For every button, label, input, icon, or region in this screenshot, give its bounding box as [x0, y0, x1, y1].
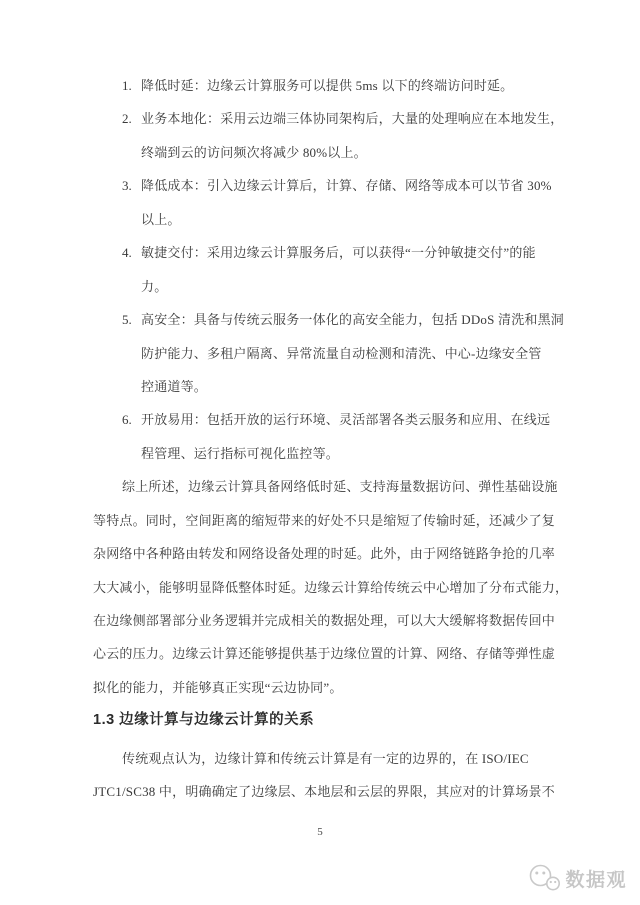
list-item-line: 业务本地化：采用云边端三体协同架构后，大量的处理响应在本地发生， — [141, 102, 547, 135]
watermark: 数据观 — [528, 863, 627, 893]
watermark-label: 数据观 — [565, 865, 627, 892]
text-line: 杂网络中各种路由转发和网络设备处理的时延。此外，由于网络链路争抢的几率 — [93, 537, 547, 570]
text-line: 拟化的能力，并能够真正实现“云边协同”。 — [93, 671, 547, 704]
list-item: 2.业务本地化：采用云边端三体协同架构后，大量的处理响应在本地发生，终端到云的访… — [93, 102, 547, 169]
section-heading: 1.3 边缘计算与边缘云计算的关系 — [93, 704, 547, 737]
list-item-line: 防护能力、多租户隔离、异常流量自动检测和清洗、中心-边缘安全管 — [141, 337, 547, 370]
list-item-line: 力。 — [141, 270, 547, 303]
document-page: 1.降低时延：边缘云计算服务可以提供 5ms 以下的终端访问时延。2.业务本地化… — [0, 0, 640, 905]
list-item-line: 降低成本：引入边缘云计算后，计算、存储、网络等成本可以节省 30% — [141, 169, 547, 202]
list-item-number: 2. — [122, 102, 132, 135]
list-item: 5.高安全：具备与传统云服务一体化的高安全能力，包括 DDoS 清洗和黑洞防护能… — [93, 303, 547, 403]
text-line: 综上所述，边缘云计算具备网络低时延、支持海量数据访问、弹性基础设施 — [93, 470, 547, 503]
text-line: 等特点。同时，空间距离的缩短带来的好处不只是缩短了传输时延，还减少了复 — [93, 504, 547, 537]
summary-paragraph: 综上所述，边缘云计算具备网络低时延、支持海量数据访问、弹性基础设施等特点。同时，… — [93, 470, 547, 704]
text-line: 心云的压力。边缘云计算还能够提供基于边缘位置的计算、网络、存储等弹性虚 — [93, 637, 547, 670]
list-item-number: 5. — [122, 303, 132, 336]
list-item: 1.降低时延：边缘云计算服务可以提供 5ms 以下的终端访问时延。 — [93, 69, 547, 102]
text-line: 传统观点认为，边缘计算和传统云计算是有一定的边界的，在 ISO/IEC — [93, 742, 547, 775]
list-item-line: 高安全：具备与传统云服务一体化的高安全能力，包括 DDoS 清洗和黑洞 — [141, 303, 547, 336]
list-item-line: 终端到云的访问频次将减少 80%以上。 — [141, 136, 547, 169]
list-item-line: 控通道等。 — [141, 370, 547, 403]
page-number: 5 — [317, 826, 323, 838]
body-paragraph: 传统观点认为，边缘计算和传统云计算是有一定的边界的，在 ISO/IECJTC1/… — [93, 742, 547, 809]
list-item: 6.开放易用：包括开放的运行环境、灵活部署各类云服务和应用、在线远程管理、运行指… — [93, 403, 547, 470]
list-item-number: 1. — [122, 69, 132, 102]
list-item-line: 敏捷交付：采用边缘云计算服务后，可以获得“一分钟敏捷交付”的能 — [141, 236, 547, 269]
list-item-line: 开放易用：包括开放的运行环境、灵活部署各类云服务和应用、在线远 — [141, 403, 547, 436]
text-line: JTC1/SC38 中，明确确定了边缘层、本地层和云层的界限，其应对的计算场景不 — [93, 775, 547, 808]
text-line: 大大减小，能够明显降低整体时延。边缘云计算给传统云中心增加了分布式能力， — [93, 571, 547, 604]
list-item-line: 程管理、运行指标可视化监控等。 — [141, 437, 547, 470]
list-item: 4.敏捷交付：采用边缘云计算服务后，可以获得“一分钟敏捷交付”的能力。 — [93, 236, 547, 303]
data-observer-logo-icon — [528, 863, 562, 893]
page-content: 1.降低时延：边缘云计算服务可以提供 5ms 以下的终端访问时延。2.业务本地化… — [93, 69, 547, 809]
text-line: 在边缘侧部署部分业务逻辑并完成相关的数据处理，可以大大缓解将数据传回中 — [93, 604, 547, 637]
list-item-number: 3. — [122, 169, 132, 202]
page-footer: 5 — [0, 826, 640, 838]
feature-list: 1.降低时延：边缘云计算服务可以提供 5ms 以下的终端访问时延。2.业务本地化… — [93, 69, 547, 470]
list-item-number: 6. — [122, 403, 132, 436]
list-item-number: 4. — [122, 236, 132, 269]
list-item-line: 以上。 — [141, 203, 547, 236]
list-item: 3.降低成本：引入边缘云计算后，计算、存储、网络等成本可以节省 30%以上。 — [93, 169, 547, 236]
list-item-line: 降低时延：边缘云计算服务可以提供 5ms 以下的终端访问时延。 — [141, 69, 547, 102]
